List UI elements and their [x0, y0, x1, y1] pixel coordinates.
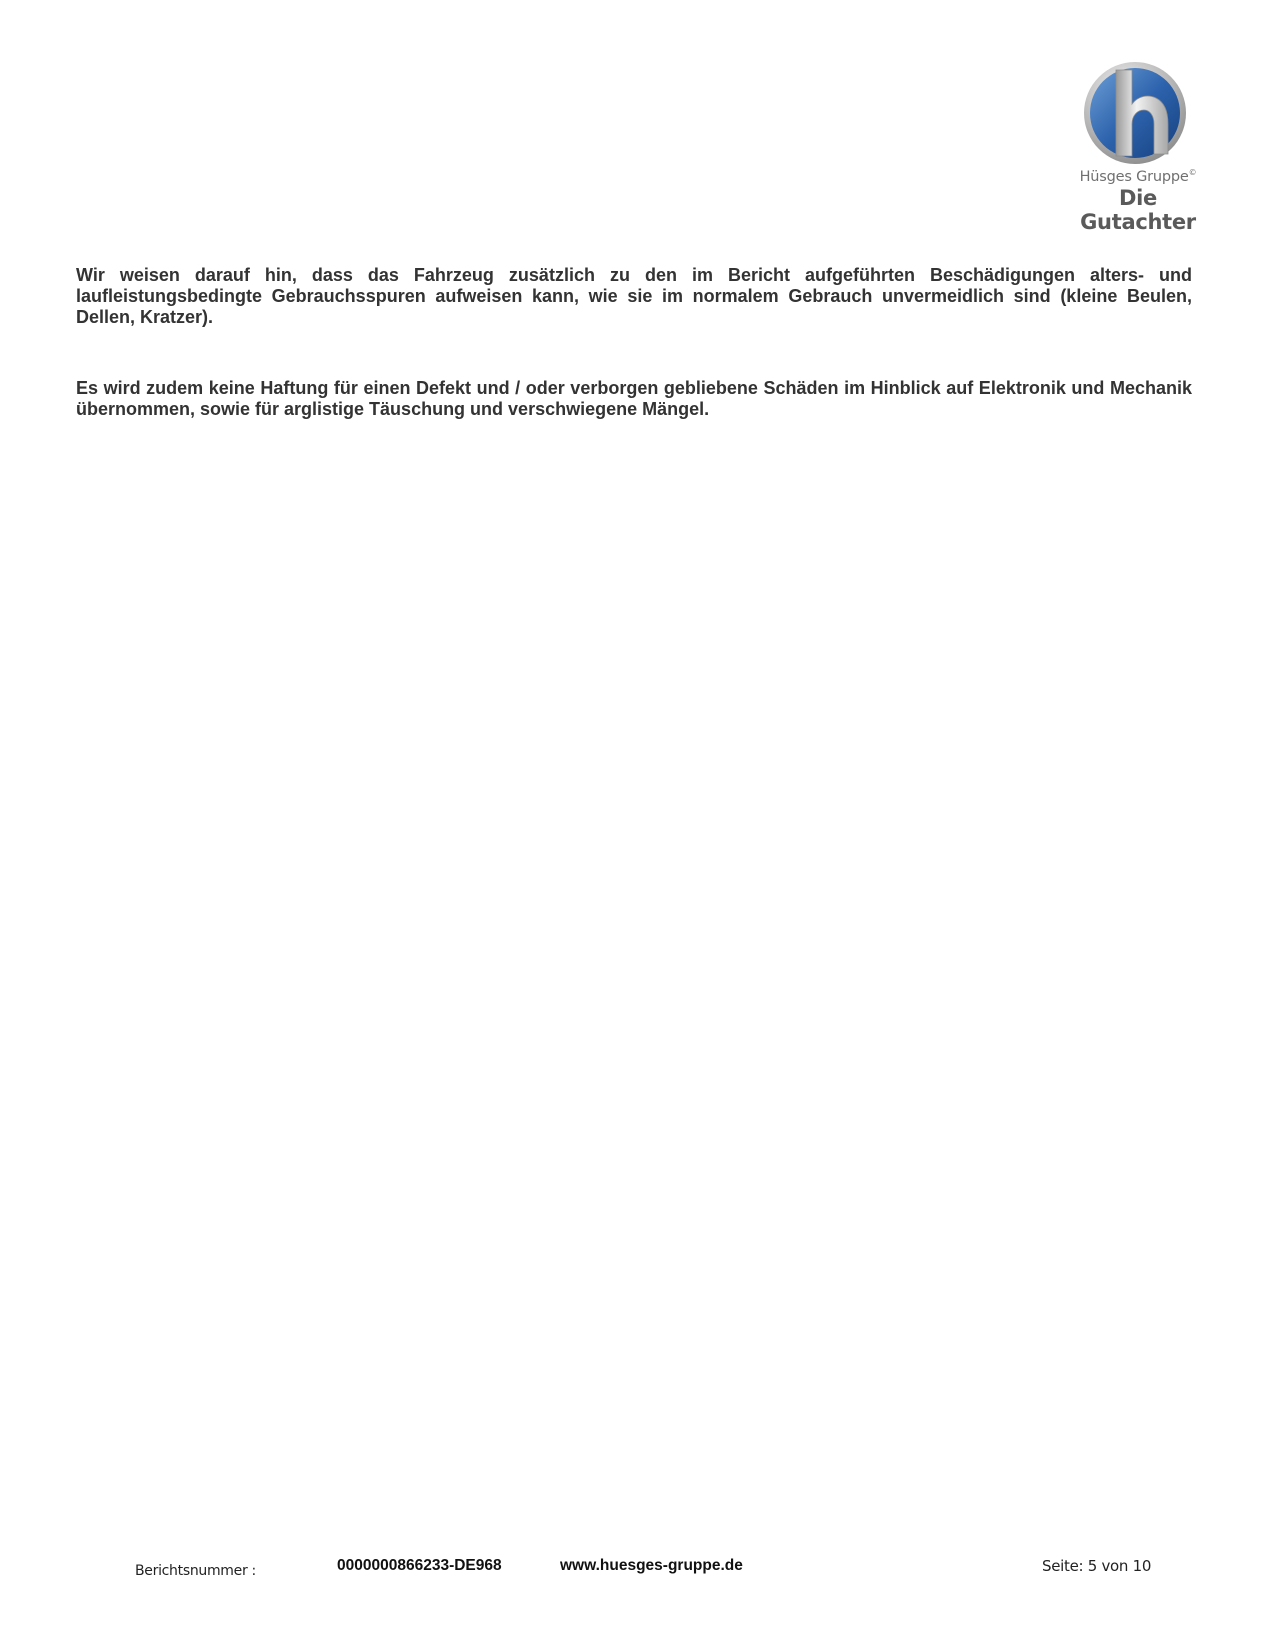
- website-link[interactable]: www.huesges-gruppe.de: [560, 1557, 743, 1575]
- page-footer: Berichtsnummer : 0000000866233-DE968 www…: [0, 1555, 1275, 1585]
- company-logo: Hüsges Gruppe© Die Gutachter: [1058, 58, 1218, 218]
- logo-company-line: Hüsges Gruppe©: [1058, 168, 1218, 185]
- page-indicator: Seite: 5 von 10: [1042, 1557, 1151, 1575]
- document-page: Hüsges Gruppe© Die Gutachter Wir weisen …: [0, 0, 1275, 1650]
- huesges-h-logo-icon: [1082, 60, 1188, 166]
- logo-tagline: Die Gutachter: [1058, 186, 1218, 234]
- report-number: 0000000866233-DE968: [337, 1557, 502, 1575]
- disclaimer-paragraph-liability: Es wird zudem keine Haftung für einen De…: [76, 378, 1192, 420]
- disclaimer-paragraph-wear: Wir weisen darauf hin, dass das Fahrzeug…: [76, 265, 1192, 328]
- report-number-label: Berichtsnummer :: [135, 1563, 256, 1579]
